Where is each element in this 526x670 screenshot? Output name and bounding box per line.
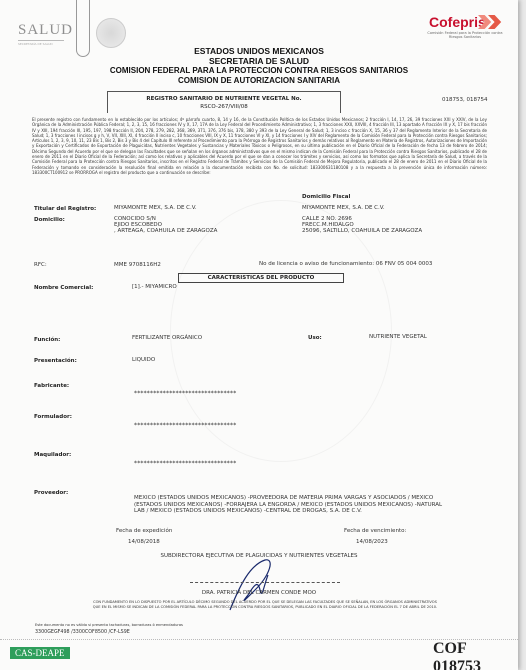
- title-country: ESTADOS UNIDOS MEXICANOS: [0, 46, 518, 56]
- uso-value: NUTRIENTE VEGETAL: [369, 334, 427, 341]
- title-commission: COMISION FEDERAL PARA LA PROTECCION CONT…: [0, 66, 518, 75]
- domicilio-label: Domicilio:: [34, 217, 65, 223]
- national-seal-icon: [96, 18, 126, 48]
- issue-date-label: Fecha de expedición: [116, 528, 172, 535]
- registry-number: RSCO-267/VIII/08: [200, 104, 247, 110]
- formulador-value: ********************************: [134, 422, 236, 429]
- expiry-date-label: Fecha de vencimiento:: [344, 528, 406, 535]
- domicilio-value: CONOCIDO S/N EJIDO ESCOBEDO , ARTEAGA, C…: [114, 216, 217, 235]
- registry-box: REGISTRO SANITARIO DE NUTRIENTE VEGETAL …: [107, 91, 341, 113]
- presentacion-label: Presentación:: [34, 358, 77, 364]
- proveedor-value: MEXICO (ESTADOS UNIDOS MEXICANOS) -PROVE…: [134, 495, 454, 515]
- nombre-comercial-value: [1].- MIYAMICRO: [132, 284, 177, 291]
- signatory-name: DRA. PATRICIA DEL CARMEN CONDE MOO: [0, 590, 518, 597]
- license-number: No de licencia o aviso de funcionamiento…: [259, 261, 432, 268]
- signature-line: [190, 582, 340, 583]
- cofepris-logo: Cofepris: [429, 14, 486, 30]
- title-ministry: SECRETARIA DE SALUD: [0, 56, 518, 66]
- cofepris-arrows-icon: [488, 15, 510, 29]
- issue-date-value: 14/08/2018: [128, 539, 160, 546]
- cof-number: COF 018753: [433, 640, 518, 670]
- fiscal-label: Domicilio Fiscal: [302, 194, 350, 200]
- nombre-comercial-label: Nombre Comercial:: [34, 285, 93, 291]
- presentacion-value: LIQUIDO: [132, 357, 155, 364]
- fiscal-address: CALLE 2 NO. 2696 FRECC.M.HIDALGO 25096, …: [302, 216, 422, 235]
- proveedor-label: Proveedor:: [34, 490, 68, 496]
- cas-deape-stamp: CAS-DEAPE: [10, 647, 70, 659]
- document-codes: 3300GEGF498 /3300COF8500 /CF-LS9E: [35, 630, 130, 635]
- cofepris-subtitle: Comisión Federal para la Protección cont…: [425, 31, 505, 39]
- product-section-title: CARACTERISTICAS DEL PRODUCTO: [178, 273, 344, 283]
- legal-preamble: El presente registro con fundamento en l…: [32, 117, 487, 175]
- title-authorization: COMISION DE AUTORIZACION SANITARIA: [0, 76, 518, 85]
- rfc-label: RFC:: [34, 262, 47, 269]
- formulador-label: Formulador:: [34, 414, 72, 420]
- salud-logo: SALUD: [18, 22, 73, 39]
- titular-label: Titular del Registro:: [34, 206, 96, 212]
- registration-document: SALUD SECRETARÍA DE SALUD Cofepris Comis…: [0, 0, 518, 670]
- fabricante-label: Fabricante:: [34, 383, 69, 389]
- uso-label: Uso:: [308, 335, 322, 341]
- validity-notice: Este documento no es válido si presenta …: [35, 623, 183, 627]
- maquilador-value: ********************************: [134, 460, 236, 467]
- maquilador-label: Maquilador:: [34, 452, 71, 458]
- funcion-label: Función:: [34, 337, 60, 343]
- titular-value: MIYAMONTE MEX, S.A. DE C.V.: [114, 205, 197, 212]
- expiry-date-value: 14/08/2023: [356, 539, 388, 546]
- registry-folios: 018753, 018754: [442, 97, 488, 103]
- funcion-value: FERTILIZANTE ORGÁNICO: [132, 335, 202, 342]
- registry-title: REGISTRO SANITARIO DE NUTRIENTE VEGETAL …: [108, 92, 340, 103]
- fabricante-value: ********************************: [134, 390, 236, 397]
- rfc-value: MME 9708116H2: [114, 262, 161, 269]
- fiscal-name: MIYAMONTE MEX, S.A. DE C.V.: [302, 205, 385, 212]
- delegation-legal-note: CON FUNDAMENTO EN LO DISPUESTO POR EL AR…: [90, 600, 440, 609]
